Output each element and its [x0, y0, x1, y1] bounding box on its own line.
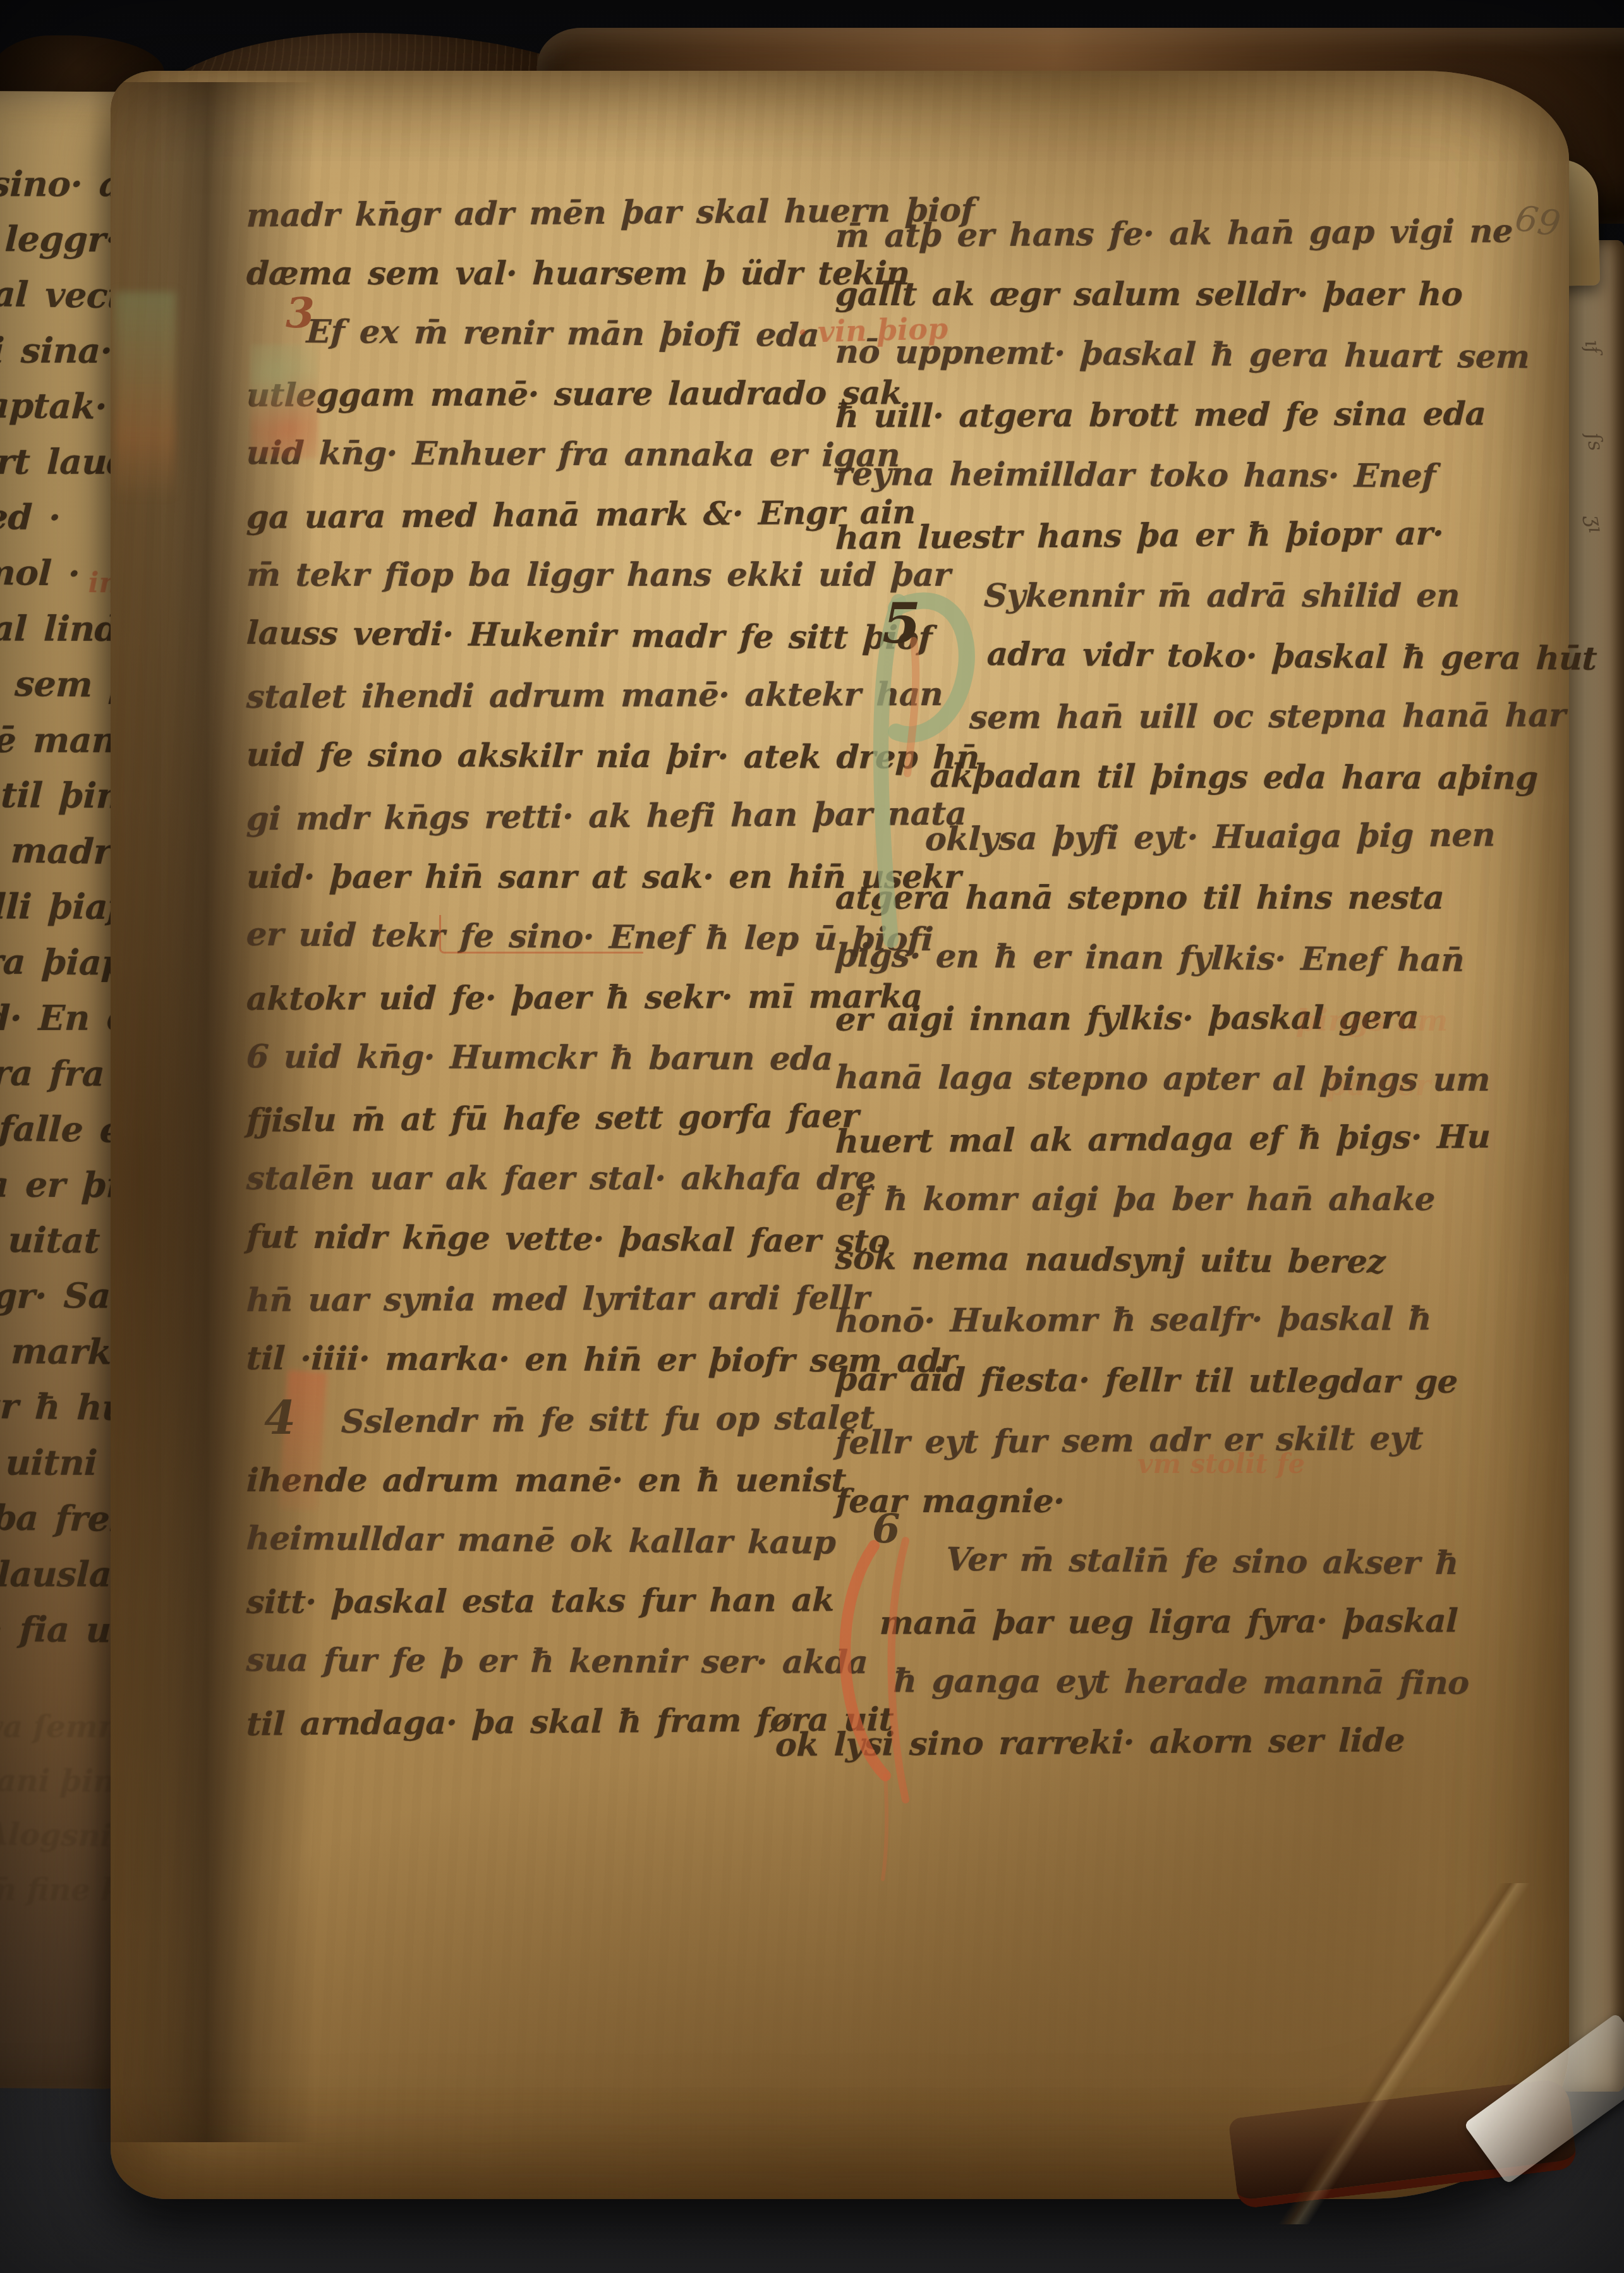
- manuscript-text-line: Sykennir m̄ adrā shilid en: [983, 580, 1460, 612]
- manuscript-text-line: adra vidr toko· þaskal ħ gera hūt: [986, 638, 1597, 675]
- manuscript-photo: ıẜſsʒı e sino· akhajem̄ leggr· atju al v…: [0, 0, 1624, 2273]
- folio-number: 69: [1512, 198, 1563, 245]
- manuscript-text-line: aktokr uid fe· þaer ħ sekr· mī marka: [246, 980, 923, 1015]
- manuscript-text-line: dæma sem val· huarsem þ üdr tekin: [246, 258, 910, 290]
- manuscript-text-line: han luestr hans þa er ħ þiopr ar·: [835, 518, 1444, 554]
- manuscript-text-line: fellr eyt fur sem adr er skilt eyt: [835, 1422, 1423, 1459]
- manuscript-text-line: sua fur fe þ er ħ kennir ser· akda: [246, 1644, 868, 1679]
- manuscript-text-line: fut nidr kn̄ge vette· þaskal faer sto: [246, 1221, 890, 1258]
- fore-edge-ink-mark: ıẜ: [1580, 338, 1606, 356]
- manuscript-text-line: i mol ·: [0, 554, 81, 591]
- manuscript-text-line: Ef ex m̄ renir mān þiofi eda: [306, 316, 820, 352]
- manuscript-text-line: sitt· þaskal esta taks fur han ak: [246, 1584, 835, 1619]
- manuscript-text-line: Ver m̄ stalin̄ fe sino akser ħ: [945, 1544, 1459, 1580]
- manuscript-text-line: hn̄ uar synia med lyritar ardi fellr: [246, 1282, 870, 1317]
- chapter-number-4: 4: [264, 1395, 296, 1441]
- chapter-6-initial-flourish: [825, 1528, 951, 1894]
- manuscript-text-line: oklysa þyfi eyt· Huaiga þig nen: [924, 820, 1495, 856]
- manuscript-text-line: med ·: [0, 499, 61, 535]
- manuscript-text-line: m̄ tekr fiop ba liggr hans ekki uid þar: [246, 559, 951, 591]
- manuscript-text-line: sok nema naudsynj uitu berez: [835, 1242, 1386, 1278]
- manuscript-text-line: stalēn uar ak faer stal· akhafa dre: [246, 1163, 876, 1195]
- manuscript-text-line: ħ uill· atgera brott med fe sina eda: [835, 398, 1486, 433]
- manuscript-text-line: ħ ganga eyt herade mannā fino: [893, 1665, 1470, 1699]
- manuscript-text-line: ga uara med hanā mark &· Engr ain: [246, 496, 916, 533]
- red-bracket-annotation: [439, 915, 643, 954]
- fore-edge-ink-mark: ſs: [1582, 431, 1608, 452]
- rubric-after-chapter: vm stolit fe: [1137, 1448, 1305, 1479]
- manuscript-text-line: Sslendr m̄ fe sitt fu op stalet: [341, 1402, 875, 1438]
- chapter-number-3: 3: [286, 292, 315, 334]
- fore-edge-ink-mark: ʒı: [1582, 513, 1608, 535]
- chapter-3-initial-smudge: [250, 344, 318, 458]
- manuscript-text-line: manā þar ueg ligra fyra· þaskal: [879, 1605, 1458, 1640]
- manuscript-text-line: m̄ atþ er hans fe· ak han̄ gap vigi ne: [835, 215, 1513, 253]
- chapter-number-6: 6: [872, 1509, 900, 1549]
- manuscript-text-line: lauss verdi· Hukenir madr fe sitt þiof: [246, 617, 933, 654]
- manuscript-text-line: sem han̄ uill oc stepna hanā har: [969, 700, 1566, 734]
- manuscript-text-line: fjislu m̄ at fū hafe sett gorfa faer: [246, 1100, 859, 1137]
- manuscript-text-line: heimulldar manē ok kallar kaup: [246, 1522, 837, 1559]
- gutter-rubric: · vin þiop: [797, 312, 948, 349]
- manuscript-text-line: 6 uid kn̄g· Humckr ħ barun eda: [246, 1041, 833, 1076]
- manuscript-text-line: honō· Hukomr ħ sealfr· þaskal ħ: [835, 1303, 1432, 1338]
- manuscript-text-line: ihende adrum manē· en ħ uenist: [246, 1465, 846, 1497]
- manuscript-text-line: fear magnie·: [835, 1486, 1065, 1518]
- manuscript-text-line: huert mal ak arndaga ef ħ þigs· Hu: [835, 1121, 1491, 1158]
- manuscript-text-line: ef ħ komr aigi þa ber han̄ ahake: [835, 1184, 1436, 1216]
- red-tinted-words: þa ber: [1327, 1068, 1431, 1102]
- red-tinted-words: þings um: [1297, 1003, 1448, 1038]
- manuscript-text-line: þar aid fiesta· fellr til utlegdar ge: [835, 1364, 1458, 1398]
- manuscript-text-line: akþadan til þings eda hara aþing: [930, 760, 1538, 795]
- manuscript-text-line: stalet ihendi adrum manē· aktekr han: [246, 679, 943, 713]
- chapter-5-initial: [858, 583, 991, 968]
- manuscript-text-line: reyna heimilldar toko hans· Enef: [835, 458, 1436, 493]
- manuscript-text-line: uid kn̄g· Enhuer fra annaka er igan: [246, 437, 900, 472]
- manuscript-text-line: utleggam manē· suare laudrado sak: [246, 377, 902, 412]
- margin-stain: [115, 292, 176, 500]
- chapter-number-5: 5: [882, 595, 921, 651]
- manuscript-text-line: gallt ak ægr salum selldr· þaer ho: [835, 279, 1463, 311]
